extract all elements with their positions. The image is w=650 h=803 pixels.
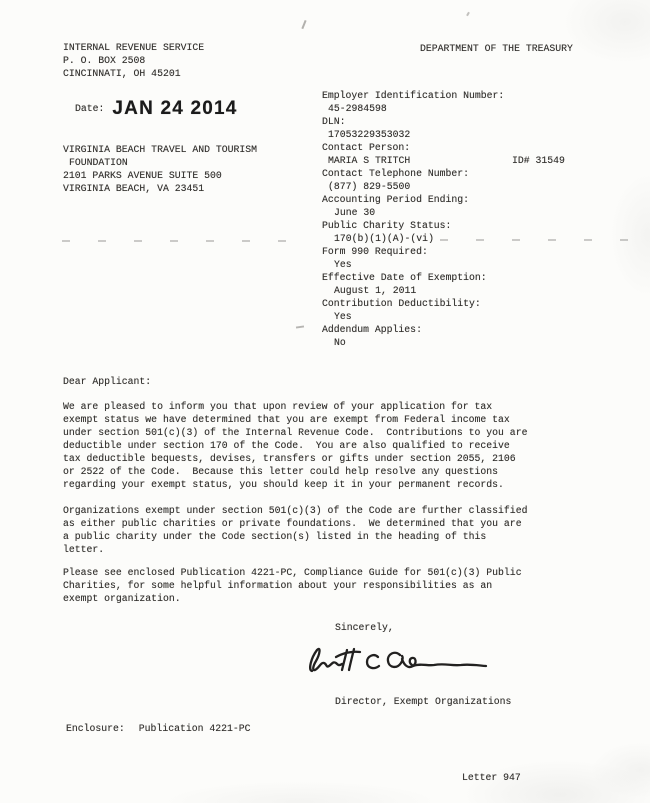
body-paragraph-3: Please see enclosed Publication 4221-PC,… (63, 566, 522, 605)
addendum-label: Addendum Applies: (322, 323, 622, 336)
accounting-period-value: June 30 (322, 206, 622, 219)
signer-title: Director, Exempt Organizations (335, 695, 511, 708)
scan-artifact-dashes (440, 239, 644, 241)
contact-phone-value: (877) 829-5500 (322, 180, 622, 193)
dln-value: 17053229353032 (322, 128, 622, 141)
ein-value: 45-2984598 (322, 102, 622, 115)
deductibility-value: Yes (322, 310, 622, 323)
recipient-address: VIRGINIA BEACH TRAVEL AND TOURISM FOUNDA… (63, 143, 257, 195)
contact-phone-label: Contact Telephone Number: (322, 167, 622, 180)
scanned-irs-letter: INTERNAL REVENUE SERVICE P. O. BOX 2508 … (0, 0, 650, 803)
date-label: Date: (75, 102, 104, 115)
enclosure-value: Publication 4221-PC (139, 723, 251, 734)
scan-noise-mark (466, 12, 470, 16)
exemption-date-label: Effective Date of Exemption: (322, 271, 622, 284)
contact-person-value: MARIA S TRITCH (328, 155, 410, 166)
body-paragraph-2: Organizations exempt under section 501(c… (63, 504, 527, 556)
scan-noise-mark (296, 325, 304, 328)
signature-image (303, 640, 493, 684)
sender-line: INTERNAL REVENUE SERVICE (63, 41, 204, 54)
recipient-line: VIRGINIA BEACH TRAVEL AND TOURISM (63, 143, 257, 156)
body-paragraph-1: We are pleased to inform you that upon r… (63, 400, 527, 491)
date-row: Date: JAN 24 2014 (75, 96, 238, 120)
dln-label: DLN: (322, 115, 622, 128)
contact-person-label: Contact Person: (322, 141, 622, 154)
sender-line: P. O. BOX 2508 (63, 54, 204, 67)
exemption-date-value: August 1, 2011 (322, 284, 622, 297)
contact-person-line: MARIA S TRITCH ID# 31549 (322, 154, 622, 167)
enclosure-label: Enclosure: (66, 723, 125, 734)
closing-sincerely: Sincerely, (335, 621, 394, 634)
form990-label: Form 990 Required: (322, 245, 622, 258)
date-stamp: JAN 24 2014 (112, 101, 237, 115)
deductibility-label: Contribution Deductibility: (322, 297, 622, 310)
addendum-value: No (322, 336, 622, 349)
recipient-line: 2101 PARKS AVENUE SUITE 500 (63, 169, 257, 182)
scan-artifact-dashes (62, 240, 310, 242)
scan-noise-mark (301, 20, 306, 29)
salutation: Dear Applicant: (63, 375, 151, 388)
sender-address: INTERNAL REVENUE SERVICE P. O. BOX 2508 … (63, 41, 204, 80)
contact-id-number: ID# 31549 (512, 154, 565, 167)
enclosure-line: Enclosure:Publication 4221-PC (66, 722, 251, 735)
charity-status-label: Public Charity Status: (322, 219, 622, 232)
handwritten-signature-icon (303, 640, 493, 684)
accounting-period-label: Accounting Period Ending: (322, 193, 622, 206)
recipient-line: VIRGINIA BEACH, VA 23451 (63, 182, 257, 195)
recipient-line: FOUNDATION (63, 156, 257, 169)
form990-value: Yes (322, 258, 622, 271)
letter-heading-info: Employer Identification Number: 45-29845… (322, 89, 622, 349)
department-of-treasury-label: DEPARTMENT OF THE TREASURY (420, 42, 573, 55)
letter-number: Letter 947 (462, 771, 521, 784)
sender-line: CINCINNATI, OH 45201 (63, 67, 204, 80)
ein-label: Employer Identification Number: (322, 89, 622, 102)
